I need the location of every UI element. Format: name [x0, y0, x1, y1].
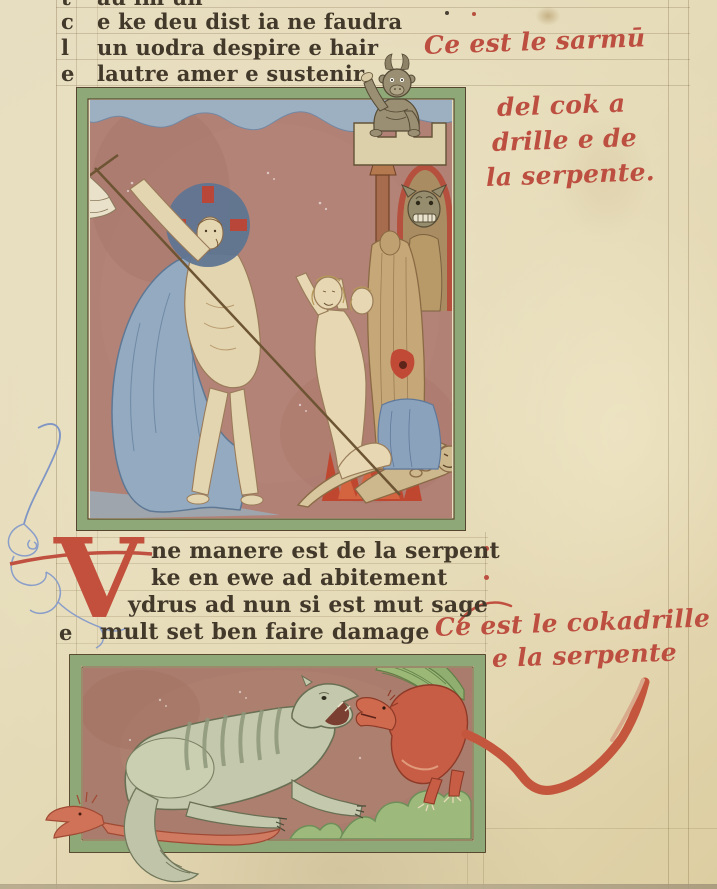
verse-text-line: ne manere est de la serpent	[151, 538, 500, 565]
versal-letter: l	[61, 35, 69, 61]
adam-head	[314, 277, 342, 309]
versal-letter: e	[59, 620, 73, 646]
rubric-sermon-line: Ce est le sarmū	[424, 24, 646, 60]
rubric-sermon-line: del cok a	[497, 90, 626, 122]
photo-bottom-edge	[0, 884, 717, 889]
verse-text-line: mult set ben faire damage	[100, 619, 430, 646]
manuscript-page: t au im un c e ke deu dist ia ne faudra …	[0, 0, 717, 889]
verse-text-line: lautre amer e sustenir	[97, 61, 364, 87]
crocodile-miniature	[40, 640, 700, 885]
versal-letter: e	[61, 61, 75, 87]
pricking-dot	[445, 11, 449, 15]
punctuation-dot	[484, 575, 489, 580]
dragon-tail	[466, 680, 645, 790]
versal-letter: c	[61, 9, 74, 35]
verse-text-line: ke en ewe ad abitement	[151, 565, 447, 592]
rubric-sermon-line: drille e de	[492, 124, 638, 157]
verse-text-line: e ke deu dist ia ne faudra	[97, 9, 402, 35]
rubric-sermon-line: la serpente.	[486, 158, 656, 192]
pricking-dot	[472, 12, 476, 16]
verse-text-line: un uodra despire e hair	[97, 35, 378, 61]
